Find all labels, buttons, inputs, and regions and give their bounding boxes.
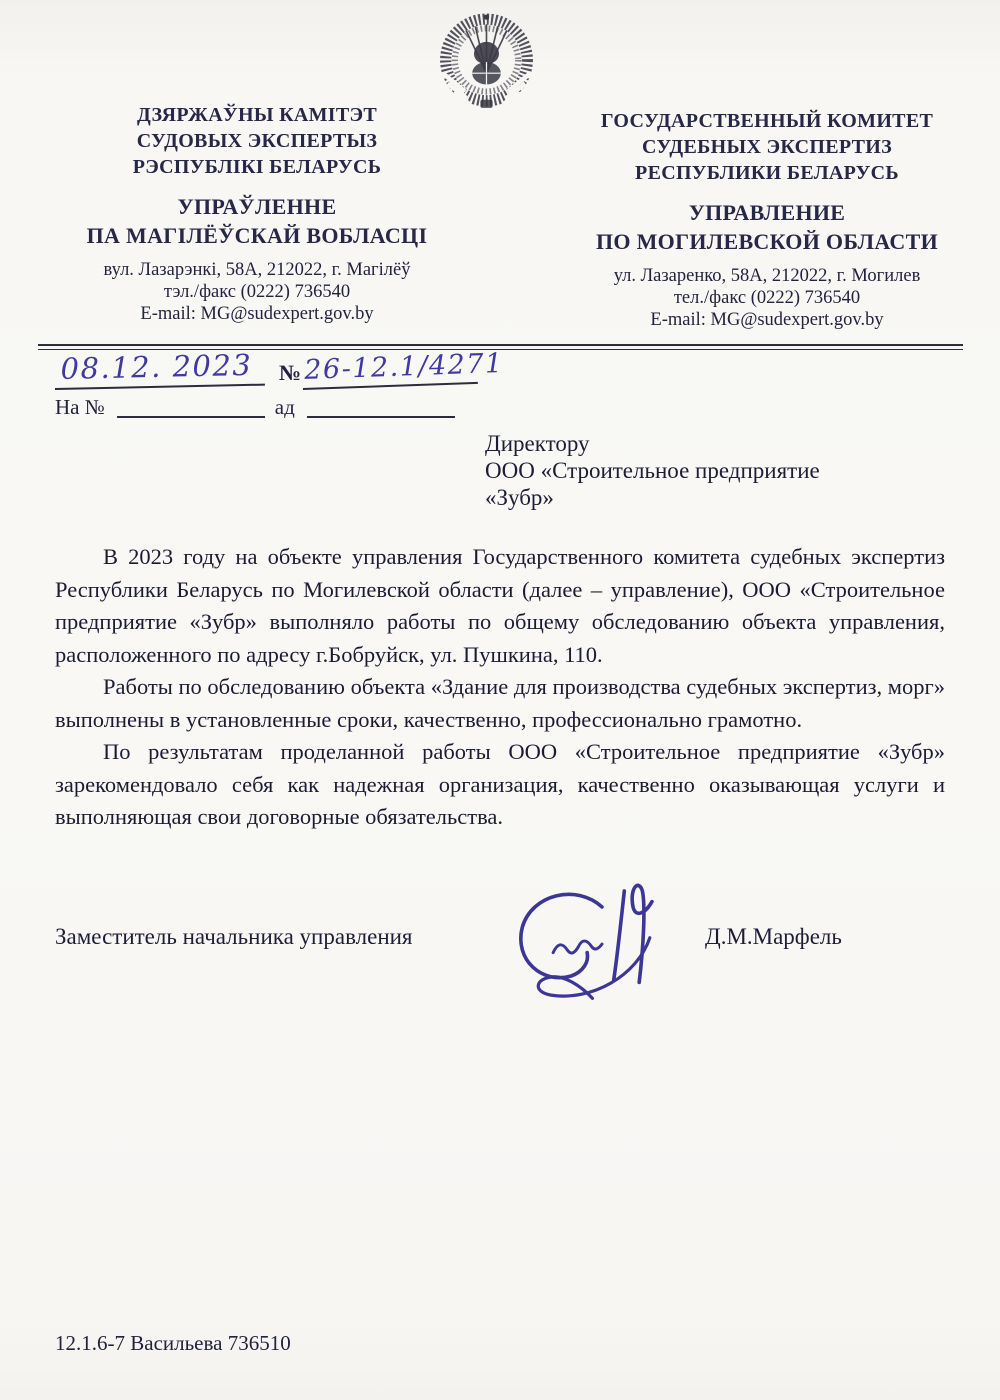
postal-address: ул. Лазаренко, 58А, 212022, г. Могилев xyxy=(552,265,982,287)
belarus-coat-of-arms-icon xyxy=(428,12,546,114)
body-paragraph: Работы по обследованию объекта «Здание д… xyxy=(55,671,945,736)
handwritten-outgoing-number: 26-12.1/4271 xyxy=(302,349,478,390)
org-name-line: РЕСПУБЛИКИ БЕЛАРУСЬ xyxy=(552,160,982,186)
email: E-mail: MG@sudexpert.gov.by xyxy=(42,303,472,325)
email: E-mail: MG@sudexpert.gov.by xyxy=(552,309,982,331)
addressee-line: «Зубр» xyxy=(485,484,925,511)
letter-body: В 2023 году на объекте управления Госуда… xyxy=(55,541,945,834)
org-name-line: СУДОВЫХ ЭКСПЕРТЫЗ xyxy=(42,128,472,154)
handwritten-signature-icon xyxy=(500,877,670,1012)
executor-reference-note: 12.1.6-7 Васильева 736510 xyxy=(55,1331,291,1356)
reply-date-label: ад xyxy=(275,395,295,420)
org-name-line: ДЗЯРЖАЎНЫ КАМІТЭТ xyxy=(42,102,472,128)
letterhead-right-column: ГОСУДАРСТВЕННЫЙ КОМИТЕТ СУДЕБНЫХ ЭКСПЕРТ… xyxy=(552,108,982,331)
dept-name-line: УПРАВЛЕНИЕ xyxy=(552,198,982,227)
phone-fax: тэл./факс (0222) 736540 xyxy=(42,281,472,303)
reply-number-blank-line xyxy=(117,394,265,418)
handwritten-date: 08.12. 2023 xyxy=(54,348,265,390)
phone-fax: тел./факс (0222) 736540 xyxy=(552,287,982,309)
signer-position-title: Заместитель начальника управления xyxy=(55,924,413,950)
addressee-block: Директору ООО «Строительное предприятие … xyxy=(485,430,925,511)
body-paragraph: В 2023 году на объекте управления Госуда… xyxy=(55,541,945,671)
org-name-line: РЭСПУБЛІКІ БЕЛАРУСЬ xyxy=(42,154,472,180)
dept-name-line: ПА МАГІЛЁЎСКАЙ ВОБЛАСЦІ xyxy=(42,221,472,250)
reply-date-blank-line xyxy=(307,394,455,418)
letterhead-left-column: ДЗЯРЖАЎНЫ КАМІТЭТ СУДОВЫХ ЭКСПЕРТЫЗ РЭСП… xyxy=(42,102,472,325)
org-name-line: СУДЕБНЫХ ЭКСПЕРТИЗ xyxy=(552,134,982,160)
dept-name-line: ПО МОГИЛЕВСКОЙ ОБЛАСТИ xyxy=(552,227,982,256)
reference-block: 08.12. 2023 № 26-12.1/4271 На № ад xyxy=(55,352,555,420)
postal-address: вул. Лазарэнкі, 58А, 212022, г. Магілёў xyxy=(42,259,472,281)
dept-name-line: УПРАЎЛЕННЕ xyxy=(42,192,472,221)
reply-to-number-label: На № xyxy=(55,395,105,420)
signature-block: Заместитель начальника управления Д.М.Ма… xyxy=(55,922,945,1042)
scanned-letter-page: ДЗЯРЖАЎНЫ КАМІТЭТ СУДОВЫХ ЭКСПЕРТЫЗ РЭСП… xyxy=(0,0,1000,1400)
addressee-line: ООО «Строительное предприятие xyxy=(485,457,925,484)
org-name-line: ГОСУДАРСТВЕННЫЙ КОМИТЕТ xyxy=(552,108,982,134)
signer-name: Д.М.Марфель xyxy=(705,924,842,950)
addressee-line: Директору xyxy=(485,430,925,457)
body-paragraph: По результатам проделанной работы ООО «С… xyxy=(55,736,945,834)
number-sign: № xyxy=(279,360,301,386)
